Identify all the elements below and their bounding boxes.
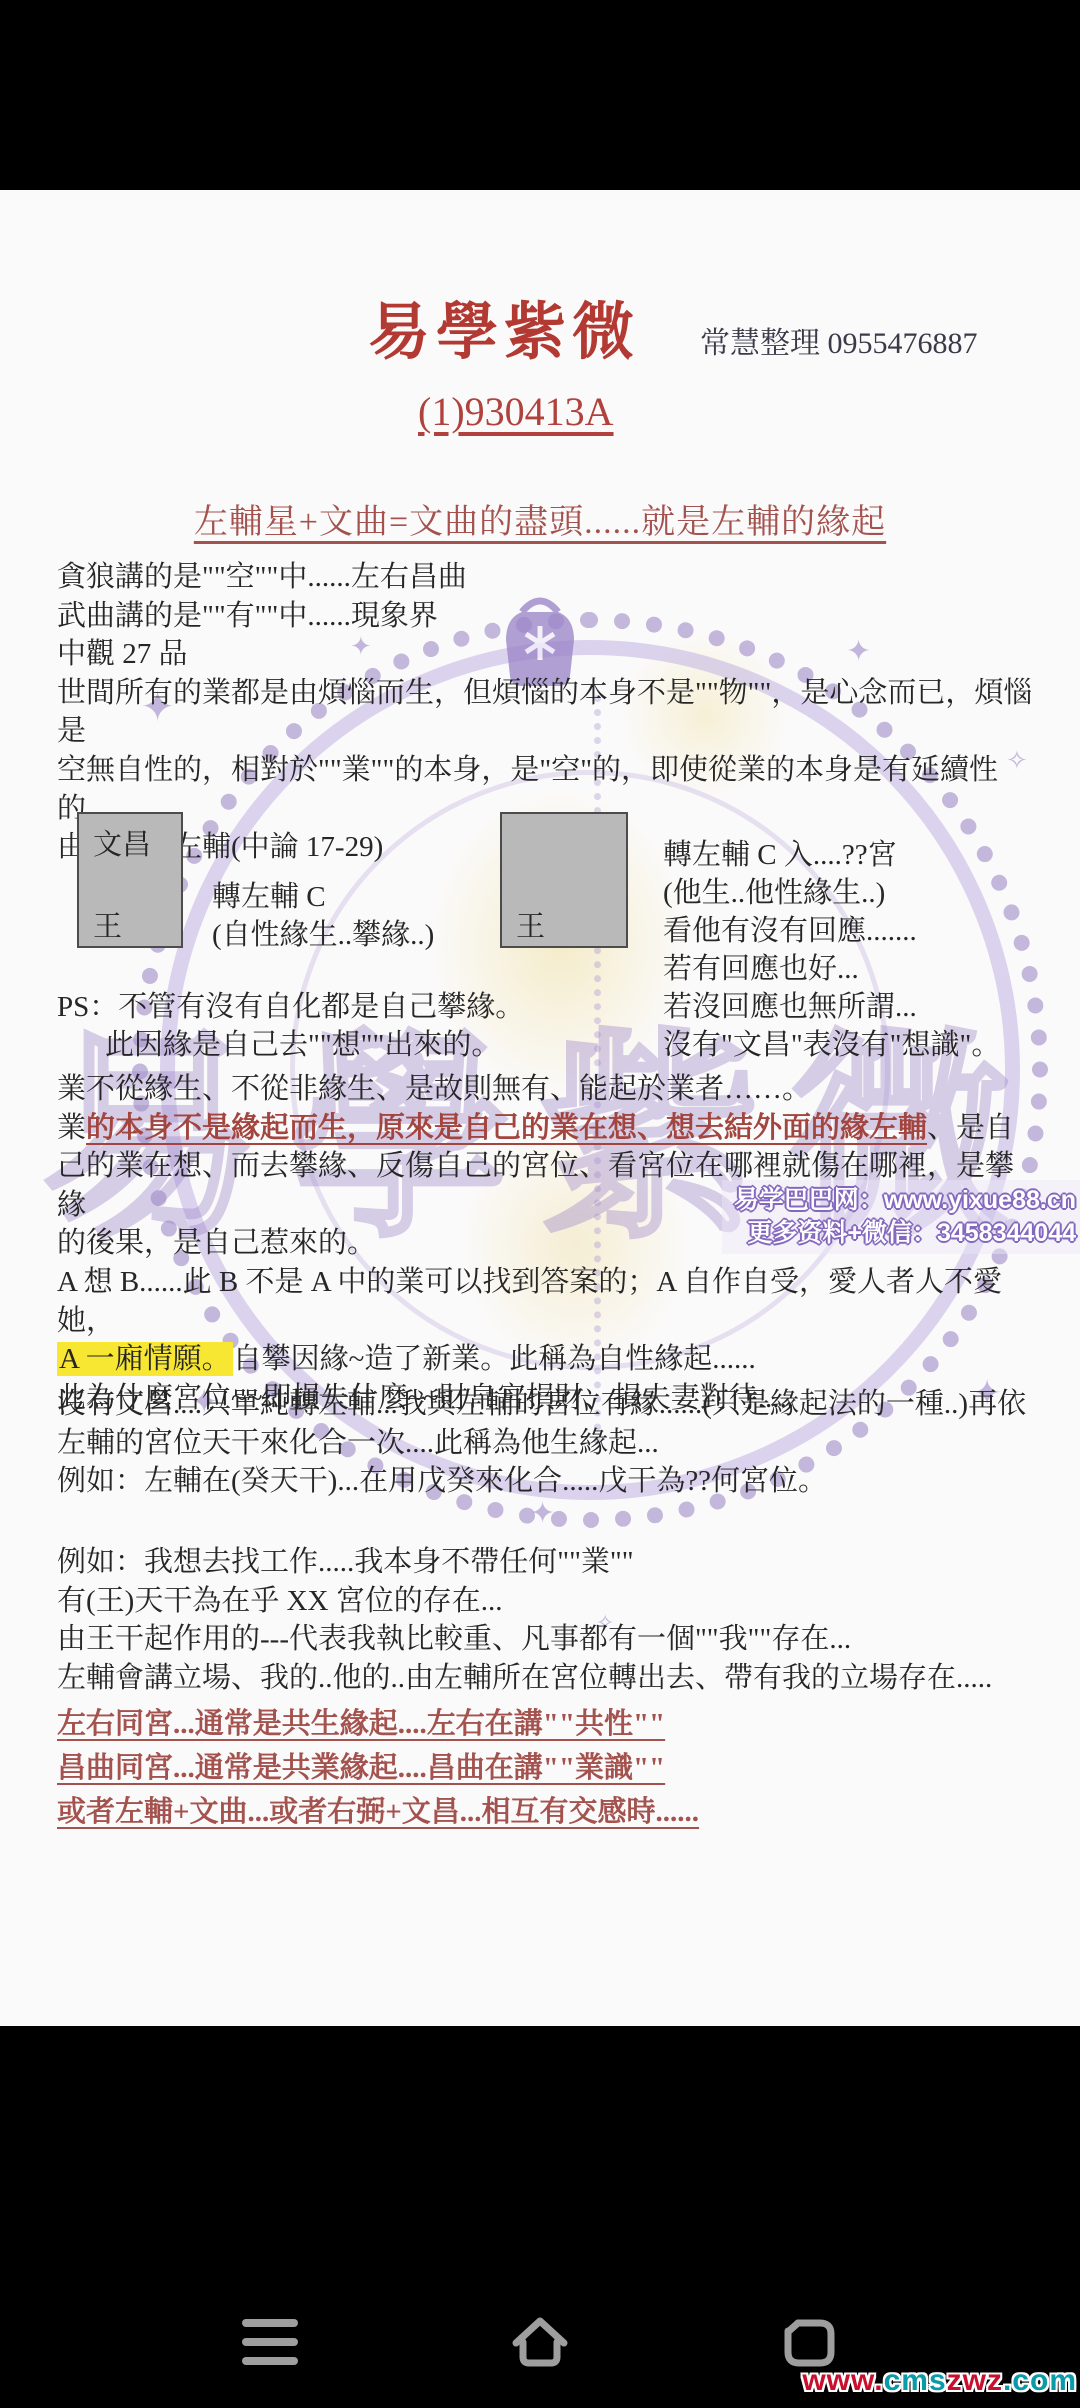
site-watermark-line: 更多资料+微信：3458344044	[734, 1217, 1076, 1250]
text-line: 由王干起作用的---代表我執比較重、凡事都有一個""我""存在...	[57, 1620, 1037, 1659]
palace-box-wenchang: 文昌 王	[77, 812, 183, 948]
palace-diagram: 文昌 王 轉左輔 C (自性緣生..攀緣..) 王 轉左輔 C 入....??宮…	[0, 810, 1080, 1060]
text-line: 若有回應也好...	[663, 946, 859, 987]
document-page: 易學紫微 ✦ ✦ ✦ ✧ ✦ ✦ ✦ ✧ 易學紫微 常慧整理 095547688…	[0, 190, 1080, 2026]
ps-note-line: 此因緣是自己去""想""出來的。	[105, 1022, 500, 1063]
text-line: A 想 B......此 B 不是 A 中的業可以找到答案的；A 自作自受，愛人…	[57, 1263, 1037, 1340]
palace-box-wang: 王	[500, 812, 628, 948]
box-caption: (自性緣生..攀緣..)	[212, 912, 434, 953]
url-segment: cms	[884, 2364, 947, 2397]
box-caption: 轉左輔 C	[212, 874, 326, 915]
phone-screen: 易學紫微 ✦ ✦ ✦ ✧ ✦ ✦ ✦ ✧ 易學紫微 常慧整理 095547688…	[0, 0, 1080, 2408]
red-underlined-line: 或者左輔+文曲...或者右弼+文昌...相互有交感時......	[57, 1790, 1037, 1834]
highlighted-text: A 一廂情願。	[57, 1342, 233, 1376]
red-underlined-line: 左右同宮...通常是共生緣起....左右在講""共性""	[57, 1702, 1037, 1746]
star-icon: ✦	[530, 1496, 555, 1531]
text-line: 沒有文昌....只單純轉左輔...我與左輔的宮位有緣......(只是緣起法的一…	[57, 1385, 1037, 1424]
text-line: 業不從緣生、不從非緣生、是故則無有、能起於業者……。	[57, 1070, 1037, 1109]
text-run: 自攀因緣~造了新業。此稱為自性緣起......	[233, 1343, 756, 1375]
home-icon	[508, 2313, 572, 2371]
text-line: 沒有"文昌"表沒有"想識"。	[663, 1022, 1000, 1063]
recents-button[interactable]	[232, 2304, 308, 2380]
ps-note-line: PS：不管有沒有自化都是自己攀緣。	[57, 984, 524, 1025]
text-line: 中觀 27 品	[57, 635, 1037, 674]
section-heading: 左輔星+文曲=文曲的盡頭......就是左輔的緣起	[0, 494, 1080, 543]
text-line: 業的本身不是緣起而生，原來是自己的業在想、想去結外面的緣左輔、是自	[57, 1109, 1037, 1148]
text-line: 貪狼講的是""空""中......左右昌曲	[57, 558, 1037, 597]
text-line: 若沒回應也無所謂...	[663, 984, 917, 1025]
text-run: 、是自	[927, 1112, 1014, 1144]
url-segment: zwz	[947, 2364, 1003, 2397]
back-icon	[780, 2314, 840, 2370]
red-underlined-line: 昌曲同宮...通常是共業緣起....昌曲在講""業識""	[57, 1746, 1037, 1790]
text-line: 例如：左輔在(癸天干)...在用戊癸來化合.....戊干為??何宮位。	[57, 1462, 1037, 1501]
conclusion-paragraph: 左右同宮...通常是共生緣起....左右在講""共性"" 昌曲同宮...通常是共…	[57, 1702, 1037, 1834]
site-watermark: 易学巴巴网：www.yixue88.cn 更多资料+微信：3458344044	[722, 1180, 1080, 1254]
home-button[interactable]	[502, 2304, 578, 2380]
site-watermark-line: 易学巴巴网：www.yixue88.cn	[734, 1184, 1076, 1217]
document-code-link[interactable]: (1)930413A	[418, 388, 614, 435]
text-line: A 一廂情願。自攀因緣~造了新業。此稱為自性緣起......	[57, 1340, 1037, 1379]
text-line: 左輔會講立場、我的..他的..由左輔所在宮位轉出去、帶有我的立場存在.....	[57, 1659, 1037, 1698]
url-segment: .com	[1003, 2364, 1077, 2397]
text-line: 有(王)天干為在乎 XX 宮位的存在...	[57, 1582, 1037, 1621]
box-label: 王	[516, 904, 545, 945]
text-line: 轉左輔 C 入....??宮	[663, 832, 897, 873]
box-label: 王	[93, 904, 122, 945]
byline-contact: 常慧整理 0955476887	[700, 318, 978, 362]
box-label: 文昌	[93, 822, 151, 863]
text-line: 看他有沒有回應.......	[663, 908, 917, 949]
url-segment: www.	[802, 2364, 883, 2397]
text-run: 業	[57, 1112, 86, 1144]
text-line: 武曲講的是""有""中......現象界	[57, 597, 1037, 636]
page-title: 易學紫微	[368, 282, 640, 371]
emphasis-red-underline: 的本身不是緣起而生，原來是自己的業在想、想去結外面的緣左輔	[86, 1112, 927, 1144]
text-line: 世間所有的業都是由煩惱而生，但煩惱的本身不是""物""，是心念而已，煩惱是	[57, 674, 1037, 751]
text-line: (他生..他性緣生..)	[663, 870, 885, 911]
example-paragraph: 例如：我想去找工作.....我本身不帶任何""業"" 有(王)天干為在乎 XX …	[57, 1543, 1037, 1697]
url-watermark: www.cmszwz.com	[802, 2364, 1077, 2398]
text-line: 例如：我想去找工作.....我本身不帶任何""業""	[57, 1543, 1037, 1582]
no-wenchang-paragraph: 沒有文昌....只單純轉左輔...我與左輔的宮位有緣......(只是緣起法的一…	[57, 1385, 1037, 1501]
menu-icon	[242, 2319, 298, 2365]
text-line: 左輔的宮位天干來化合一次....此稱為他生緣起...	[57, 1424, 1037, 1463]
